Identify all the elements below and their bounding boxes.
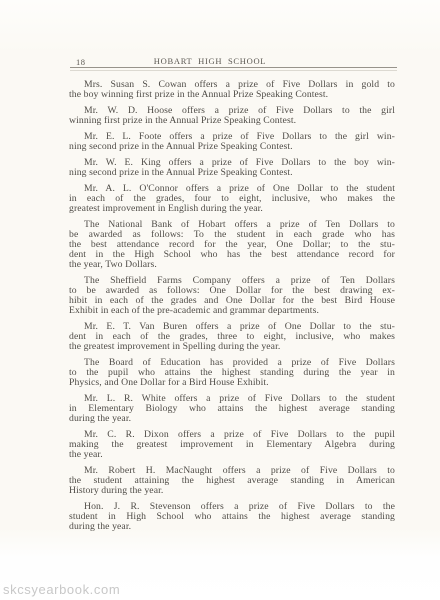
text-line: ning second prize in the Annual Prize Sp… (69, 142, 395, 152)
text-line: the greatest improvement in Spelling dur… (69, 342, 395, 352)
text-line: the year, Two Dollars. (69, 260, 395, 270)
paragraph: Mrs. Susan S. Cowan offers a prize of Fi… (69, 80, 395, 100)
yearbook-page-scan: 18 HOBART HIGH SCHOOL Mrs. Susan S. Cowa… (0, 0, 440, 600)
text-line: during the year. (69, 414, 395, 424)
text-line: making the greatest improvement in Eleme… (69, 440, 395, 450)
text-line: the boy winning first prize in the Annua… (69, 90, 395, 100)
paragraph: Mr. A. L. O'Connor offers a prize of One… (69, 184, 395, 214)
paragraph: The Board of Education has provided a pr… (69, 358, 395, 388)
text-line: ning second prize in the Annual Prize Sp… (69, 168, 395, 178)
paragraph: Mr. W. D. Hoose offers a prize of Five D… (69, 106, 395, 126)
paragraph: Mr. E. L. Foote offers a prize of Five D… (69, 132, 395, 152)
text-line: winning first prize in the Annual Prize … (69, 116, 395, 126)
text-line: the year. (69, 450, 395, 460)
text-line: History during the year. (69, 486, 395, 496)
text-line: during the year. (69, 522, 395, 532)
page-title: HOBART HIGH SCHOOL (154, 56, 266, 66)
paragraph: Mr. C. R. Dixon offers a prize of Five D… (69, 430, 395, 460)
watermark: skcsyearbook.com (3, 582, 120, 597)
paragraph: Mr. W. E. King offers a prize of Five Do… (69, 158, 395, 178)
paragraph: The National Bank of Hobart offers a pri… (69, 220, 395, 270)
text-line: greatest improvement in English during t… (69, 204, 395, 214)
header-rule (70, 67, 397, 68)
paragraph: Mr. Robert H. MacNaught offers a prize o… (69, 466, 395, 496)
paragraph: Hon. J. R. Stevenson offers a prize of F… (69, 502, 395, 532)
text-line: Physics, and One Dollar for a Bird House… (69, 378, 395, 388)
paragraph: Mr. L. R. White offers a prize of Five D… (69, 394, 395, 424)
paragraph: The Sheffield Farms Company offers a pri… (69, 276, 395, 316)
page-number: 18 (76, 57, 86, 67)
paragraph: Mr. E. T. Van Buren offers a prize of On… (69, 322, 395, 352)
header-rule-shadow (70, 70, 397, 71)
text-line: Exhibit in each of the pre-academic and … (69, 306, 395, 316)
page-paragraphs: Mrs. Susan S. Cowan offers a prize of Fi… (69, 80, 395, 532)
